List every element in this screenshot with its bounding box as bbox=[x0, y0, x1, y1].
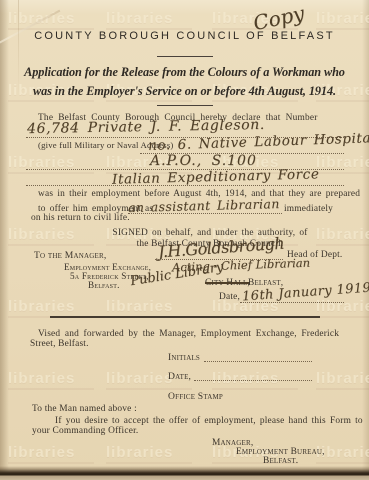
initials-label: Initials bbox=[168, 352, 200, 363]
libraries-watermark: libraries bbox=[8, 370, 104, 390]
document-scan: libraries libraries libraries libraries … bbox=[0, 0, 369, 480]
signed-line1: SIGNED on behalf, and under the authorit… bbox=[90, 228, 330, 238]
vised-date-label: Date, bbox=[168, 371, 191, 382]
footer-belfast-label: Belfast. bbox=[263, 456, 298, 466]
form-heading-line1: Application for the Release from the Col… bbox=[0, 65, 369, 80]
exchange-address-line3: Belfast. bbox=[88, 280, 120, 290]
address-line2-handwritten: A.P.O., S.100 bbox=[150, 153, 257, 169]
city-hall-struck-label: City Hall, bbox=[205, 278, 250, 288]
title-rule bbox=[157, 56, 213, 57]
scan-bottom-edge bbox=[0, 466, 369, 480]
section-divider bbox=[50, 316, 320, 318]
page-title: COUNTY BOROUGH COUNCIL OF BELFAST bbox=[0, 30, 369, 42]
libraries-watermark: libraries bbox=[106, 10, 202, 30]
date-label: Date, bbox=[219, 292, 240, 302]
libraries-watermark: libraries bbox=[106, 444, 202, 464]
number-name-handwritten: 46,784 Private J. F. Eagleson. bbox=[27, 117, 265, 137]
to-man-label: To the Man named above : bbox=[32, 404, 137, 414]
instruction-line1: If you desire to accept the offer of emp… bbox=[55, 416, 363, 426]
libraries-watermark: libraries bbox=[316, 10, 369, 30]
to-manager-label: To the Manager, bbox=[34, 250, 106, 261]
libraries-watermark: libraries bbox=[316, 154, 369, 174]
form-heading-line2: was in the Employer's Service on or befo… bbox=[0, 84, 369, 99]
vised-date-line bbox=[194, 379, 312, 381]
libraries-watermark: libraries bbox=[8, 298, 104, 318]
fill-line bbox=[26, 184, 344, 186]
libraries-watermark: libraries bbox=[106, 298, 202, 318]
employment-line3: on his return to civil life. bbox=[31, 213, 130, 223]
date-line bbox=[240, 301, 344, 303]
heading-rule bbox=[157, 105, 213, 106]
instruction-line2: your Commanding Officer. bbox=[32, 426, 138, 436]
libraries-watermark: libraries bbox=[316, 370, 369, 390]
initials-line bbox=[204, 360, 312, 362]
paper-fold-line bbox=[18, 0, 19, 95]
libraries-watermark: libraries bbox=[8, 154, 104, 174]
vised-line1: Vised and forwarded by the Manager, Empl… bbox=[38, 329, 339, 339]
office-stamp-label: Office Stamp bbox=[168, 391, 223, 402]
vised-line2: Street, Belfast. bbox=[30, 339, 89, 349]
employment-line2-suffix: immediately bbox=[284, 204, 333, 214]
libraries-watermark: libraries bbox=[8, 444, 104, 464]
